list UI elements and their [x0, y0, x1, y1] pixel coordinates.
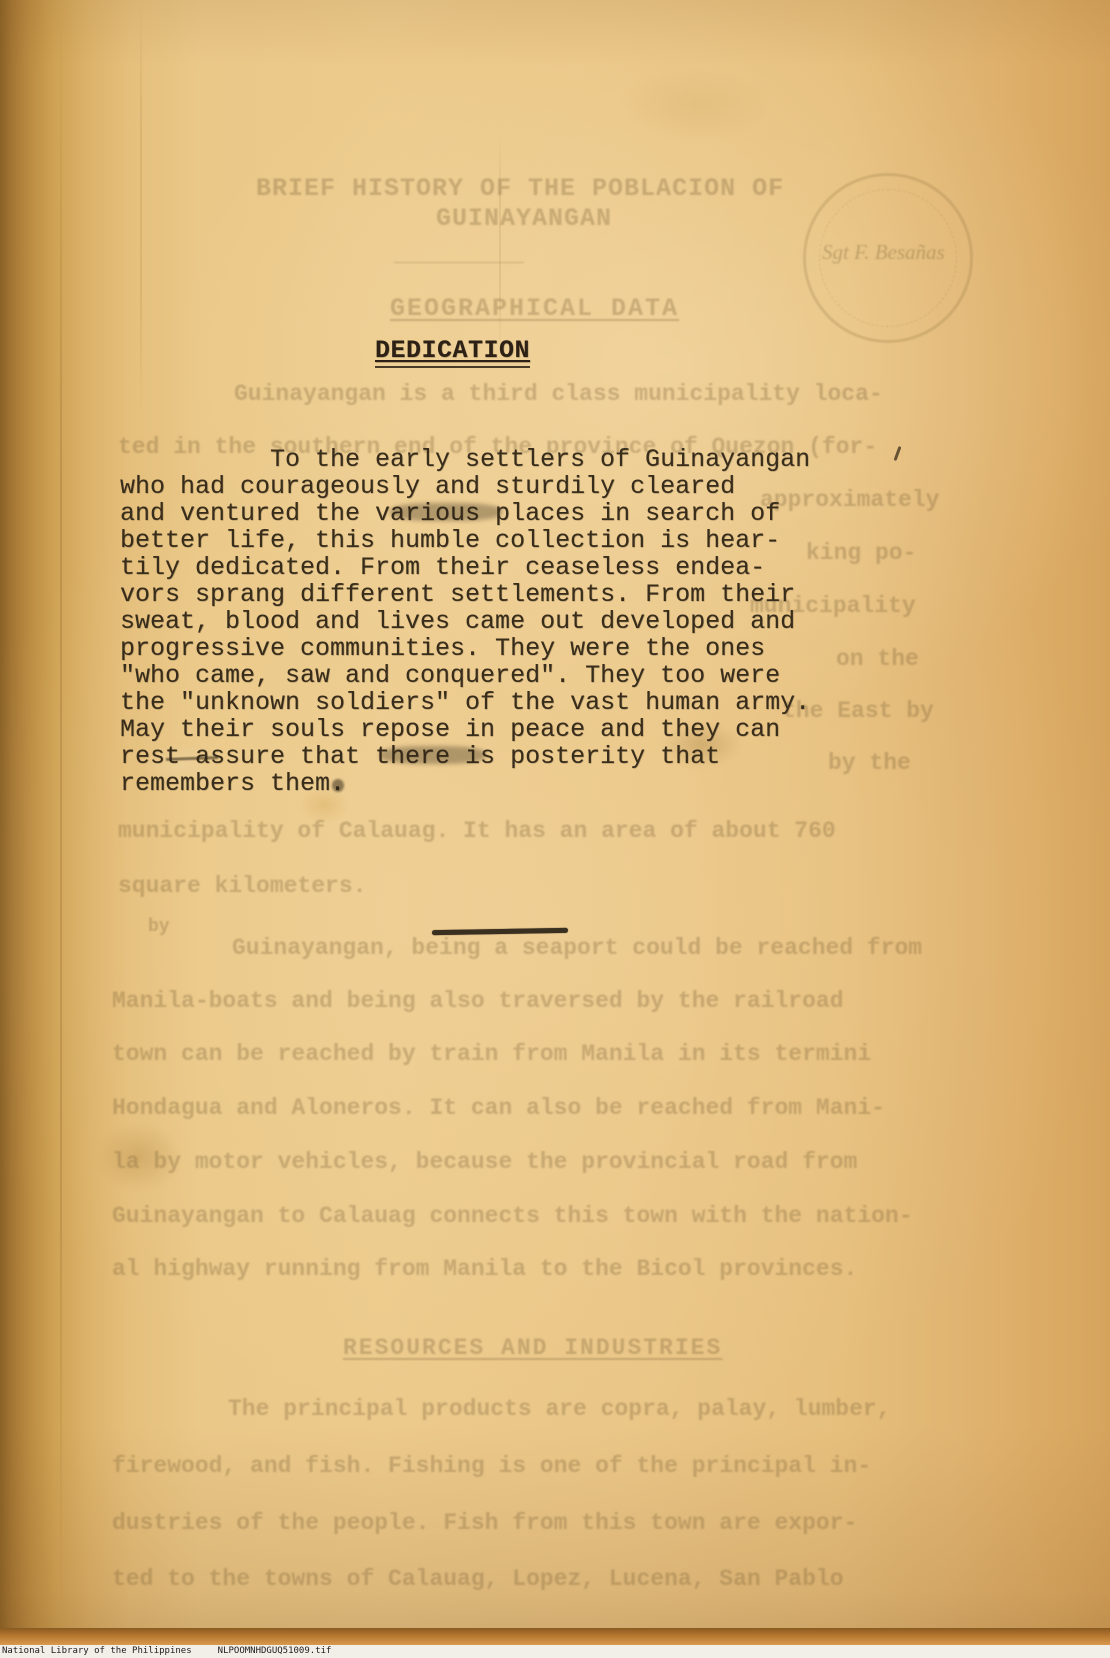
ghost-text-line: dustries of the people. Fish from this t… [112, 1512, 857, 1535]
overtype-smudge-various [390, 503, 502, 521]
dedication-line: tily dedicated. From their ceaseless end… [120, 554, 810, 581]
stamp-signature-text: Sgt F. Besañas [822, 240, 982, 265]
ghost-text-line: Manila-boats and being also traversed by… [112, 990, 844, 1013]
dedication-title: DEDICATION [375, 337, 530, 368]
dedication-line: remembers them. [120, 770, 810, 797]
ghost-text-line: on the [836, 648, 919, 671]
ghost-text-line: municipality of Calauag. It has an area … [118, 820, 836, 843]
ink-blob [332, 779, 344, 792]
ghost-text-line: BRIEF HISTORY OF THE POBLACION OF [256, 176, 784, 201]
dedication-line: May their souls repose in peace and they… [120, 716, 810, 743]
ghost-text-line: by [148, 918, 170, 936]
paper-crease-center-top [499, 130, 501, 360]
ghost-text-line: Guinayangan is a third class municipalit… [234, 383, 883, 406]
dedication-line: vors sprang different settlements. From … [120, 581, 810, 608]
scanned-document-page: BRIEF HISTORY OF THE POBLACION OFGUINAYA… [0, 0, 1110, 1658]
ghost-text-line: GEOGRAPHICAL DATA [390, 296, 679, 321]
dedication-line: To the early settlers of Guinayangan [120, 446, 810, 473]
ghost-text-line: GUINAYANGAN [436, 206, 612, 231]
dedication-line: the "unknown soldiers" of the vast human… [120, 689, 810, 716]
dedication-line: who had courageously and sturdily cleare… [120, 473, 810, 500]
scan-footer-strip: National Library of the Philippines NLPO… [0, 1645, 1110, 1658]
ghost-text-line: ____________ [394, 248, 524, 266]
dedication-line: "who came, saw and conquered". They too … [120, 662, 810, 689]
ghost-text-line: king po- [806, 542, 916, 565]
dedication-line: sweat, blood and lives came out develope… [120, 608, 810, 635]
ghost-text-line: al highway running from Manila to the Bi… [112, 1258, 857, 1281]
ghost-text-line: firewood, and fish. Fishing is one of th… [112, 1455, 871, 1478]
ghost-text-line: la by motor vehicles, because the provin… [112, 1151, 857, 1174]
ghost-text-line: Hondagua and Aloneros. It can also be re… [112, 1097, 885, 1120]
paper-crease-left-top [140, 0, 142, 420]
paper-stain [620, 70, 770, 140]
scan-filename-label: NLPOOMNHDGUQ51009.tif [218, 1645, 332, 1658]
library-name-label: National Library of the Philippines [2, 1645, 192, 1658]
ghost-text-line: square kilometers. [118, 875, 366, 898]
ghost-text-line: Guinayangan, being a seaport could be re… [232, 937, 922, 960]
ghost-text-line: The principal products are copra, palay,… [228, 1398, 891, 1421]
ghost-text-line: by the [828, 752, 911, 775]
dedication-paragraph: To the early settlers of Guinayanganwho … [120, 446, 810, 797]
ghost-text-line: RESOURCES AND INDUSTRIES [343, 1337, 722, 1360]
dedication-line: better life, this humble collection is h… [120, 527, 810, 554]
overtype-smudge-there [380, 746, 486, 764]
scan-footer-bar [0, 1628, 1110, 1645]
ghost-text-line: Guinayangan to Calauag connects this tow… [112, 1205, 913, 1228]
ghost-text-line: ted to the towns of Calauag, Lopez, Luce… [112, 1568, 844, 1591]
ghost-text-line: town can be reached by train from Manila… [112, 1043, 871, 1066]
paper-crease-left [60, 0, 62, 1628]
dedication-line: progressive communities. They were the o… [120, 635, 810, 662]
